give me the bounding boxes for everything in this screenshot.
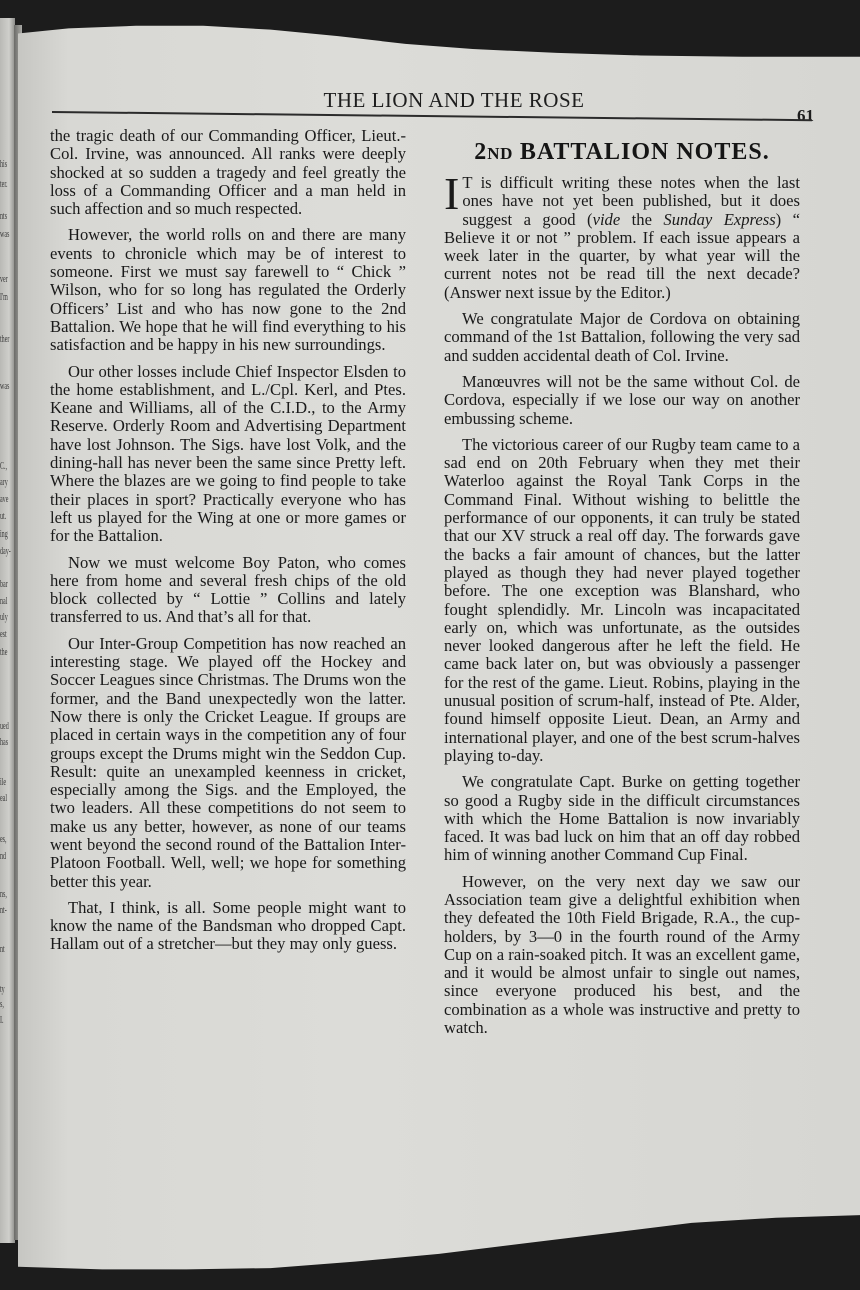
- facing-page-text-fragment: nt: [0, 943, 5, 955]
- right-column: 2ND BATTALION NOTES. IT is difficult wri…: [444, 138, 800, 1045]
- facing-page-text-fragment: I'm: [0, 291, 8, 303]
- facing-page-text-fragment: nts: [0, 210, 7, 222]
- facing-page-edge: hister.ntswasverI'mtherwasC.,aryaveut.in…: [0, 18, 15, 1243]
- paragraph: That, I think, is all. Some people might…: [50, 899, 406, 954]
- paragraph: the tragic death of our Commanding Offic…: [50, 127, 406, 218]
- facing-page-text-fragment: day-: [0, 545, 11, 557]
- facing-page-text-fragment: nt-: [0, 904, 7, 916]
- facing-page-text-fragment: bar: [0, 578, 8, 590]
- facing-page-text-fragment: nd: [0, 850, 6, 862]
- running-header: THE LION AND THE ROSE: [18, 88, 860, 113]
- heading-ordinal-suffix: ND: [487, 144, 513, 163]
- facing-page-text-fragment: nal: [0, 595, 7, 607]
- paragraph: However, on the very next day we saw our…: [444, 873, 800, 1038]
- facing-page-text-fragment: the: [0, 646, 7, 658]
- paragraph: However, the world rolls on and there ar…: [50, 226, 406, 354]
- facing-page-text-fragment: ther: [0, 333, 9, 345]
- facing-page-text-fragment: s,: [0, 998, 4, 1010]
- facing-page-text-fragment: was: [0, 380, 9, 392]
- facing-page-text-fragment: uly: [0, 611, 8, 623]
- left-column: the tragic death of our Commanding Offic…: [50, 127, 406, 962]
- facing-page-text-fragment: I.: [0, 1014, 4, 1026]
- paragraph: Now we must welcome Boy Paton, who comes…: [50, 554, 406, 627]
- facing-page-text-fragment: ile: [0, 776, 6, 788]
- paragraph: We congratulate Capt. Burke on get­ting …: [444, 773, 800, 864]
- paragraph: We congratulate Major de Cordova on obta…: [444, 310, 800, 365]
- paragraph: Manœuvres will not be the same with­out …: [444, 373, 800, 428]
- heading-text: BATTALION NOTES.: [513, 139, 770, 165]
- section-heading: 2ND BATTALION NOTES.: [444, 138, 800, 168]
- facing-page-text-fragment: ave: [0, 493, 8, 505]
- scanned-page-scene: hister.ntswasverI'mtherwasC.,aryaveut.in…: [0, 0, 860, 1290]
- facing-page-text-fragment: was: [0, 228, 9, 240]
- paragraph: Our other losses include Chief Inspector…: [50, 363, 406, 546]
- paragraph: The victorious career of our Rugby team …: [444, 436, 800, 765]
- facing-page-text-fragment: C.,: [0, 460, 7, 472]
- intro-italic-newspaper: Sunday Express: [663, 210, 775, 229]
- page-number: 61: [797, 106, 814, 126]
- facing-page-text-fragment: ued: [0, 720, 9, 732]
- intro-text: the: [620, 210, 663, 229]
- facing-page-text-fragment: has: [0, 736, 8, 748]
- facing-page-text-fragment: es,: [0, 833, 7, 845]
- publication-title: THE LION AND THE ROSE: [324, 88, 585, 113]
- facing-page-text-fragment: ing: [0, 528, 8, 540]
- facing-page-text-fragment: ut.: [0, 510, 6, 522]
- facing-page-text-fragment: ary: [0, 476, 8, 488]
- drop-cap: I: [444, 176, 459, 212]
- facing-page-text-fragment: ns,: [0, 888, 7, 900]
- magazine-page: THE LION AND THE ROSE 61 the tragic deat…: [18, 0, 860, 1290]
- facing-page-text-fragment: ty: [0, 983, 5, 995]
- heading-ordinal: 2: [474, 139, 487, 165]
- facing-page-text-fragment: ter.: [0, 178, 8, 190]
- intro-paragraph: IT is difficult writing these notes when…: [444, 174, 800, 302]
- intro-italic-vide: vide: [593, 210, 621, 229]
- facing-page-text-fragment: eal: [0, 792, 7, 804]
- paragraph: Our Inter-Group Competition has now reac…: [50, 635, 406, 891]
- facing-page-text-fragment: est: [0, 628, 7, 640]
- facing-page-text-fragment: his: [0, 158, 7, 170]
- facing-page-text-fragment: ver: [0, 273, 8, 285]
